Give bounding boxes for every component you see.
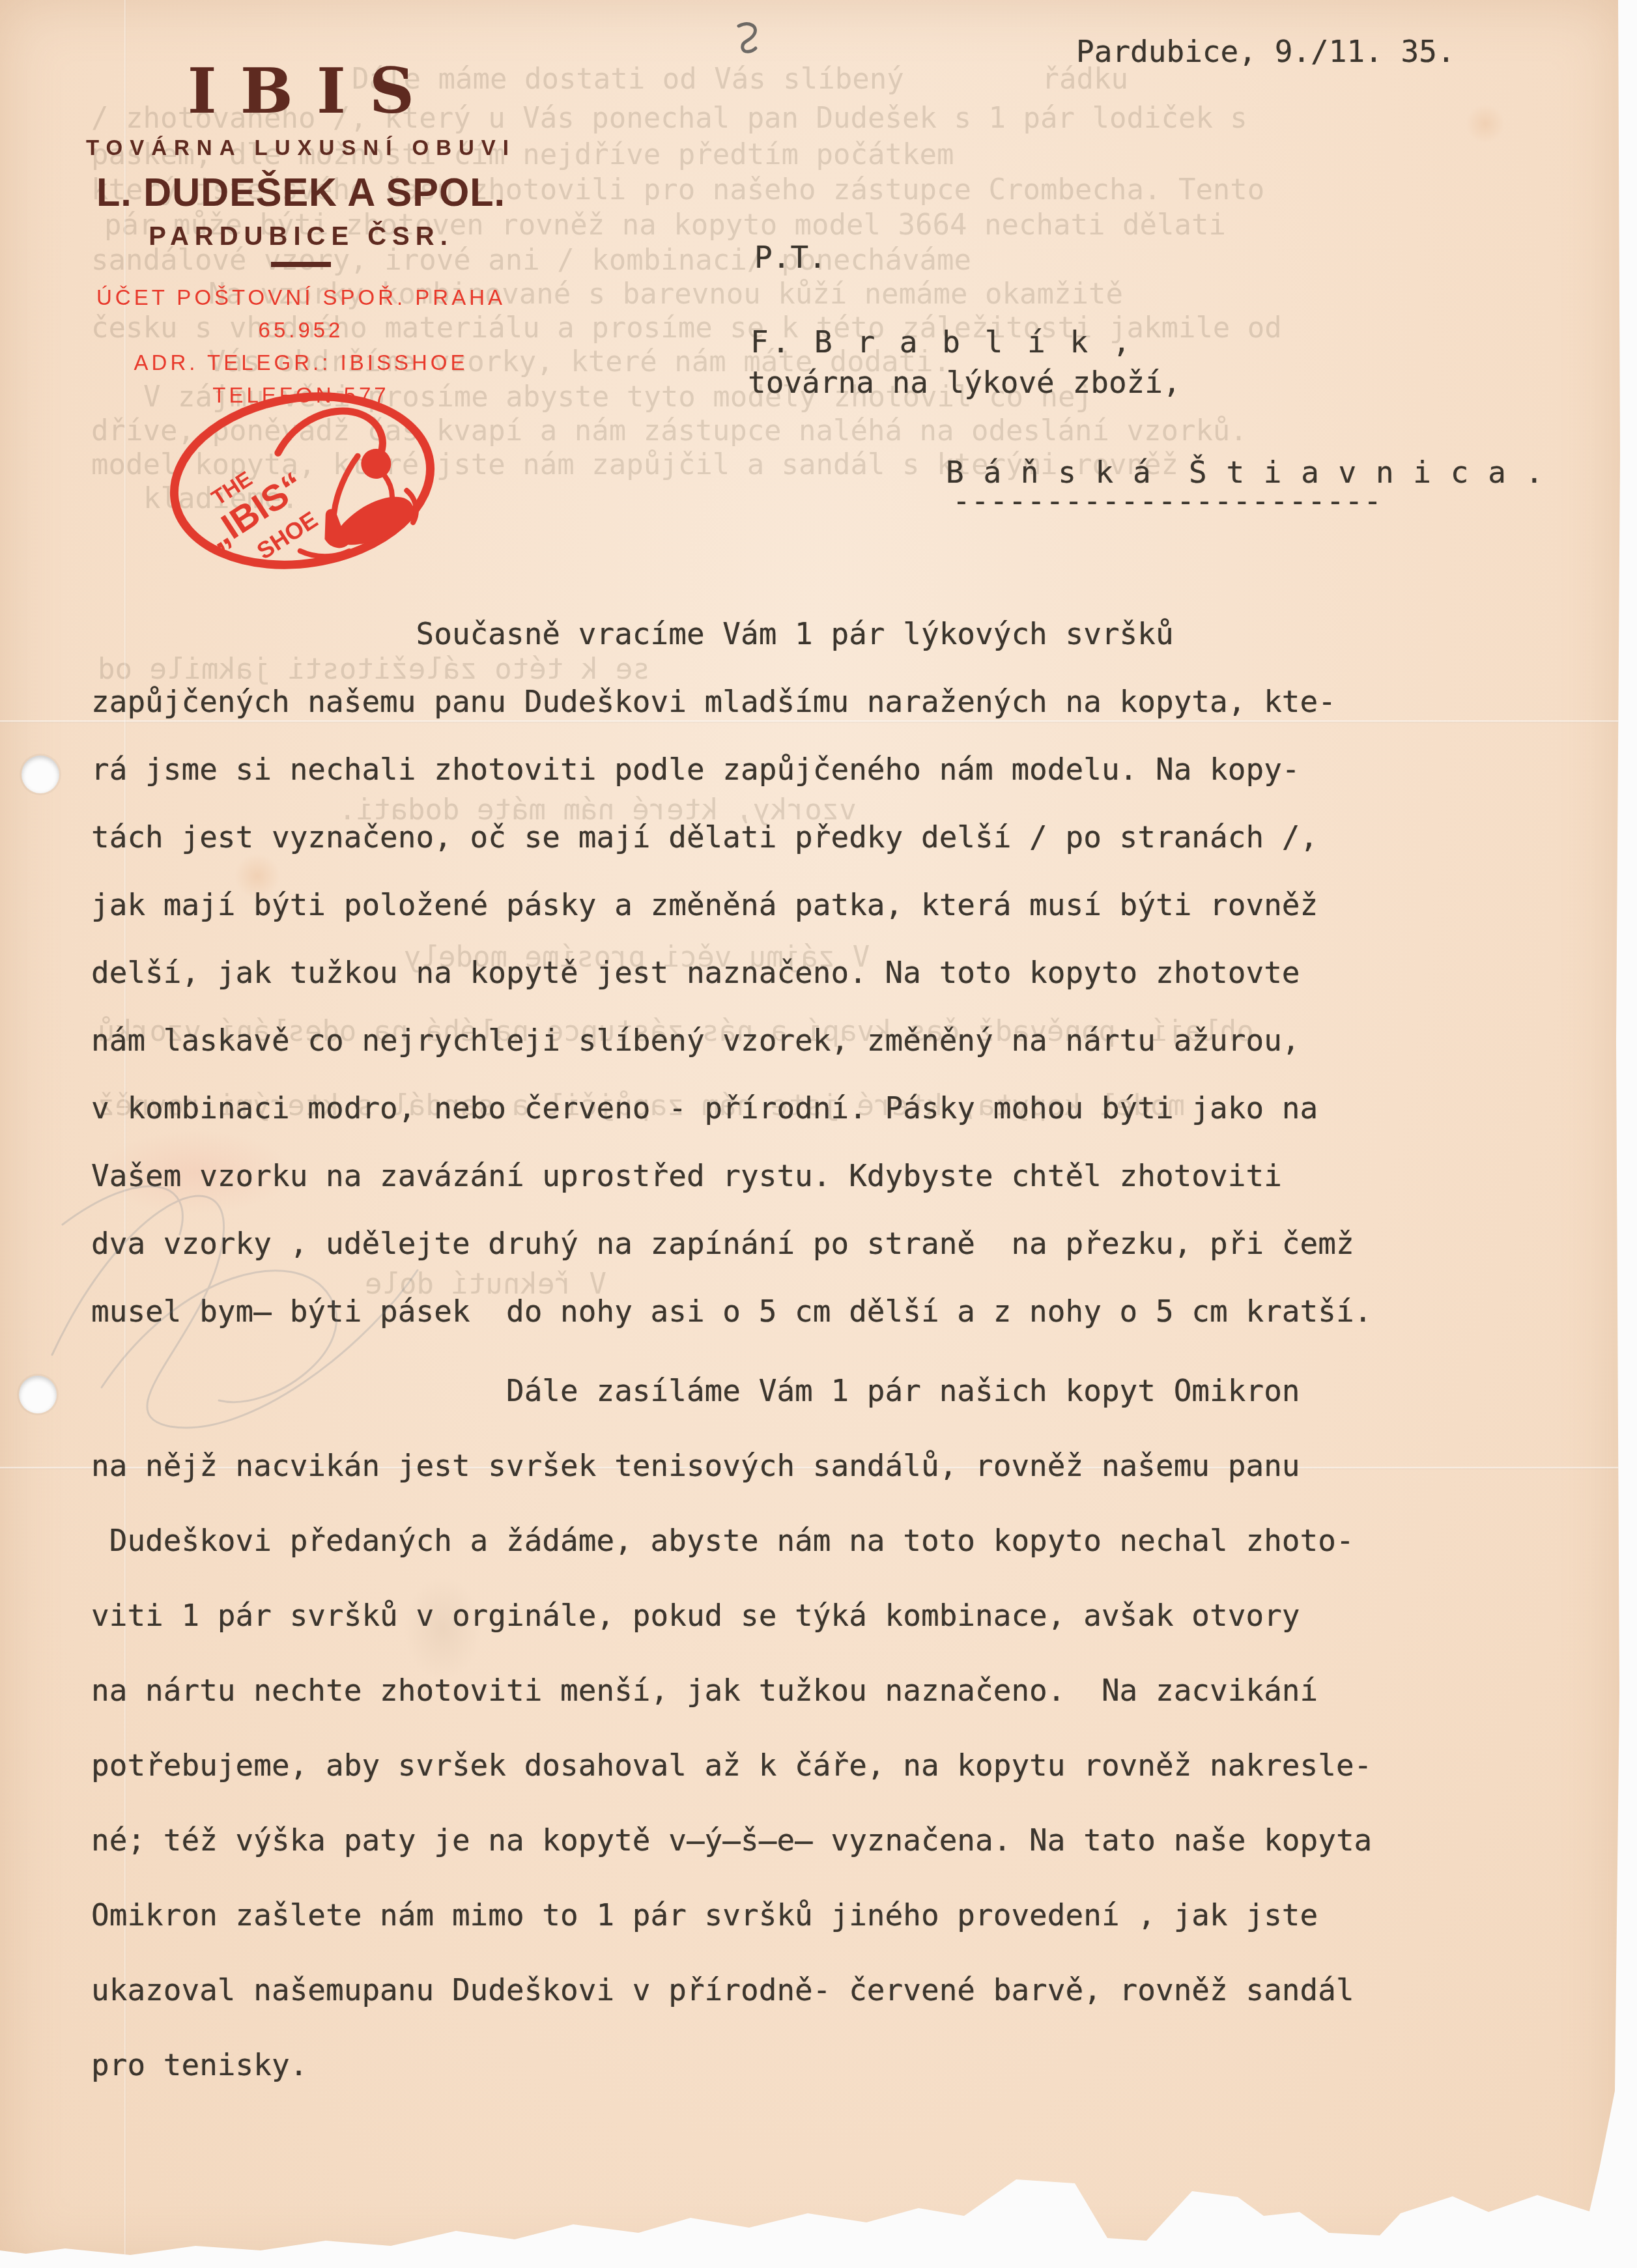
typed-line: zapůjčených našemu panu Dudeškovi mladší… (91, 684, 1472, 752)
letter-paper: Dále máme dostati od Vás slíbený řádku/ … (0, 0, 1622, 2268)
figure-arm (326, 456, 366, 514)
typed-line: Omikron zašlete nám mimo to 1 pár svršků… (91, 1897, 1472, 1972)
figure-head (359, 447, 393, 481)
company-name: L. DUDEŠEK A SPOL. (92, 169, 509, 216)
paper-stain (1466, 104, 1505, 143)
salutation: P.T. (754, 240, 827, 275)
typed-line: ukazoval našemupanu Dudeškovi v přírodně… (91, 1972, 1472, 2047)
company-city: PARDUBICE ČSR. (83, 222, 519, 251)
typed-line: Dudeškovi předaných a žádáme, abyste nám… (91, 1523, 1472, 1598)
typed-line: na nártu nechte zhotoviti menší, jak tuž… (91, 1673, 1472, 1748)
typed-line: potřebujeme, aby svršek dosahoval až k č… (91, 1748, 1472, 1822)
recipient-description: továrna na lýkové zboží, (748, 365, 1181, 400)
typed-line: delší, jak tužkou na kopytě jest naznače… (91, 955, 1472, 1023)
scanner-background: Dále máme dostati od Vás slíbený řádku/ … (0, 0, 1637, 2268)
letterhead-rule (271, 262, 331, 267)
recipient-city-underline: ----------------------- (952, 483, 1382, 518)
punch-hole (21, 756, 59, 793)
typed-line: tách jest vyznačeno, oč se mají dělati p… (91, 819, 1472, 887)
recipient-name: F. B r a b l í k , (750, 324, 1134, 360)
typed-line: viti 1 pár svršků v orginále, pokud se t… (91, 1598, 1472, 1673)
brand-name: IBIS (83, 60, 519, 122)
letterhead-subtitle: TOVÁRNA LUXUSNÍ OBUVI (83, 135, 519, 160)
punch-hole (19, 1376, 57, 1413)
telegraph-address-line: ADR. TELEGR.: IBISSHOE (83, 347, 519, 379)
typed-line: pro tenisky. (91, 2047, 1472, 2122)
ibis-shoe-logo-stamp: THE „IBIS“ SHOE (162, 379, 443, 582)
typed-line: jak mají býti položené pásky a změněná p… (91, 887, 1472, 955)
typed-line: na nějž nacvikán jest svršek tenisových … (91, 1448, 1472, 1523)
body-paragraph-2: Dále zasíláme Vám 1 pár našich kopyt Omi… (91, 1373, 1472, 2122)
postal-account-line: ÚČET POŠTOVNÍ SPOŘ. PRAHA 65.952 (83, 281, 519, 347)
pencil-scribble (23, 1075, 453, 1439)
letterhead: IBIS TOVÁRNA LUXUSNÍ OBUVI L. DUDEŠEK A … (83, 60, 519, 412)
date-line: Pardubice, 9./11. 35. (1076, 34, 1455, 69)
typed-line: né; též výška paty je na kopytě v̶ý̶š̶e̶… (91, 1822, 1472, 1897)
ink-smudge (732, 17, 763, 56)
typed-line: rá jsme si nechali zhotoviti podle zapůj… (91, 752, 1472, 819)
typed-line: Současně vracíme Vám 1 pár lýkových svrš… (91, 616, 1472, 684)
